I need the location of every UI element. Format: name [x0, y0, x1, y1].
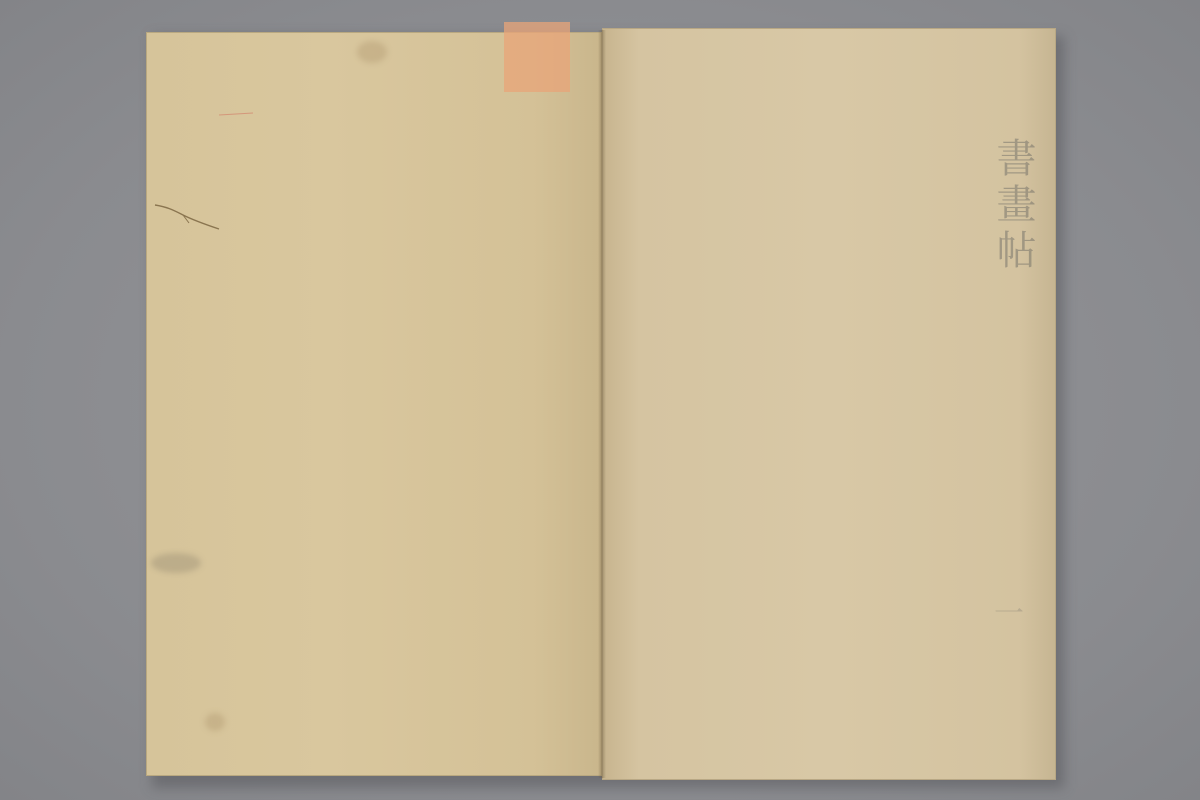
faint-handwritten-title: 書畫帖: [975, 137, 1035, 275]
stain-top: [357, 41, 387, 63]
faint-handwritten-mark: 一: [983, 597, 1027, 627]
stain-lower: [205, 713, 225, 731]
stain-bottom-left: [151, 553, 201, 573]
paper-crack: [153, 201, 223, 231]
left-page: [146, 32, 602, 776]
open-book: 書畫帖 一: [146, 28, 1060, 780]
paper-tab: [504, 22, 570, 92]
right-page: 書畫帖 一: [602, 28, 1056, 780]
book-spine-gutter: [598, 30, 606, 778]
pencil-mark: [217, 109, 257, 119]
